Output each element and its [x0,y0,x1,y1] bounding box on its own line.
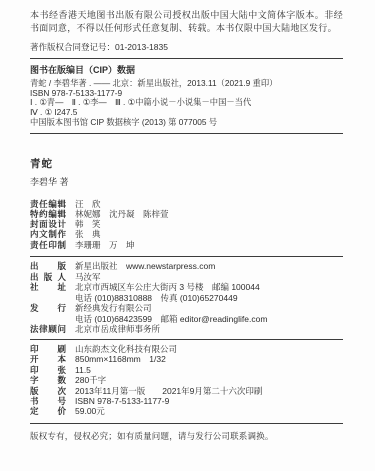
credit-value: 李珊珊 万 坤 [75,240,135,250]
credit-value: 韩 笑 [75,219,101,229]
printing-value: 280千字 [75,375,106,385]
credit-label: 特约编辑 [30,209,66,219]
credits-row: 责任印制 李珊珊 万 坤 [30,240,343,250]
publisher-label: 出版人 [30,272,66,282]
publisher-label: 法律顾问 [30,324,66,334]
printing-label: 开本 [30,354,66,364]
publisher-value: 北京市岳成律师事务所 [75,324,160,334]
credit-label: 封面设计 [30,219,66,229]
credit-value: 汪 欣 [75,199,101,209]
book-author: 李碧华 著 [30,175,343,188]
printing-row: 印张 11.5 [30,365,343,375]
copyright-page: 本书经香港天地图书出版有限公司授权出版中国大陆中文简体字版本。非经书面同意，不得… [0,0,375,471]
publisher-row: 社址 北京市西城区车公庄大街丙 3 号楼 邮编 100044 [30,282,343,292]
printing-row: 开本 850mm×1168mm 1/32 [30,354,343,364]
publisher-label: 社址 [30,282,66,292]
credit-label: 责任印制 [30,240,66,250]
credit-value: 张 典 [75,229,101,239]
printing-row: 定价 59.00元 [30,406,343,416]
cip-line: 中国版本图书馆 CIP 数据核字 (2013) 第 077005 号 [30,118,343,128]
book-title: 青蛇 [30,156,343,171]
credit-value: 林妮娜 沈丹凝 陈梓萱 [75,209,169,219]
rights-notice: 本书经香港天地图书出版有限公司授权出版中国大陆中文简体字版本。非经书面同意，不得… [30,9,343,34]
divider [30,58,343,59]
printing-value: 59.00元 [75,406,105,416]
printing-value: 11.5 [75,365,91,375]
credits-row: 内文制作 张 典 [30,229,343,239]
printing-row: 版次 2013年11月第一版 2021年9月第二十六次印刷 [30,386,343,396]
credits-row: 封面设计 韩 笑 [30,219,343,229]
publisher-value: 北京市西城区车公庄大街丙 3 号楼 邮编 100044 [75,282,260,292]
cip-heading: 图书在版编目（CIP）数据 [30,63,343,76]
printing-block: 印刷 山东韵杰文化科技有限公司 开本 850mm×1168mm 1/32 印张 … [30,344,343,417]
footer-notice: 版权专有，侵权必究；如有质量问题，请与发行公司联系调换。 [30,430,343,442]
copyright-registration: 著作版权合同登记号：01-2013-1835 [30,41,343,53]
credits-row: 责任编辑 汪 欣 [30,199,343,209]
divider [30,256,343,257]
publisher-label: 发行 [30,303,66,313]
printing-value: 山东韵杰文化科技有限公司 [75,344,177,354]
publisher-label: 出版 [30,261,66,271]
printing-value: ISBN 978-7-5133-1177-9 [75,396,169,406]
divider [30,423,343,424]
printing-row: 印刷 山东韵杰文化科技有限公司 [30,344,343,354]
credit-label: 内文制作 [30,229,66,239]
divider [30,133,343,134]
credits-block: 责任编辑 汪 欣 特约编辑 林妮娜 沈丹凝 陈梓萱 封面设计 韩 笑 内文制作 … [30,199,343,250]
credits-row: 特约编辑 林妮娜 沈丹凝 陈梓萱 [30,209,343,219]
publisher-value: 马汝军 [75,272,101,282]
printing-label: 字数 [30,375,66,385]
publisher-row: 法律顾问 北京市岳成律师事务所 [30,324,343,334]
publisher-row: 出版人 马汝军 [30,272,343,282]
printing-value: 2013年11月第一版 2021年9月第二十六次印刷 [75,386,262,396]
publisher-value: 新星出版社 www.newstarpress.com [75,261,215,271]
publisher-value: 新经典发行有限公司 [75,303,152,313]
printing-label: 书号 [30,396,66,406]
publisher-contact: 电话 (010)68423599 邮箱 editor@readinglife.c… [75,314,343,324]
publisher-contact: 电话 (010)88310888 传真 (010)65270449 [75,293,343,303]
printing-label: 印张 [30,365,66,375]
printing-row: 书号 ISBN 978-7-5133-1177-9 [30,396,343,406]
credit-label: 责任编辑 [30,199,66,209]
divider [30,339,343,340]
publisher-row: 发行 新经典发行有限公司 [30,303,343,313]
printing-value: 850mm×1168mm 1/32 [75,354,166,364]
title-block: 青蛇 李碧华 著 [30,156,343,188]
publisher-block: 出版 新星出版社 www.newstarpress.com 出版人 马汝军 社址… [30,261,343,334]
printing-label: 印刷 [30,344,66,354]
printing-label: 定价 [30,406,66,416]
publisher-row: 出版 新星出版社 www.newstarpress.com [30,261,343,271]
printing-row: 字数 280千字 [30,375,343,385]
cip-block: 图书在版编目（CIP）数据 青蛇 / 李碧华著 . —— 北京：新星出版社，20… [30,63,343,128]
printing-label: 版次 [30,386,66,396]
